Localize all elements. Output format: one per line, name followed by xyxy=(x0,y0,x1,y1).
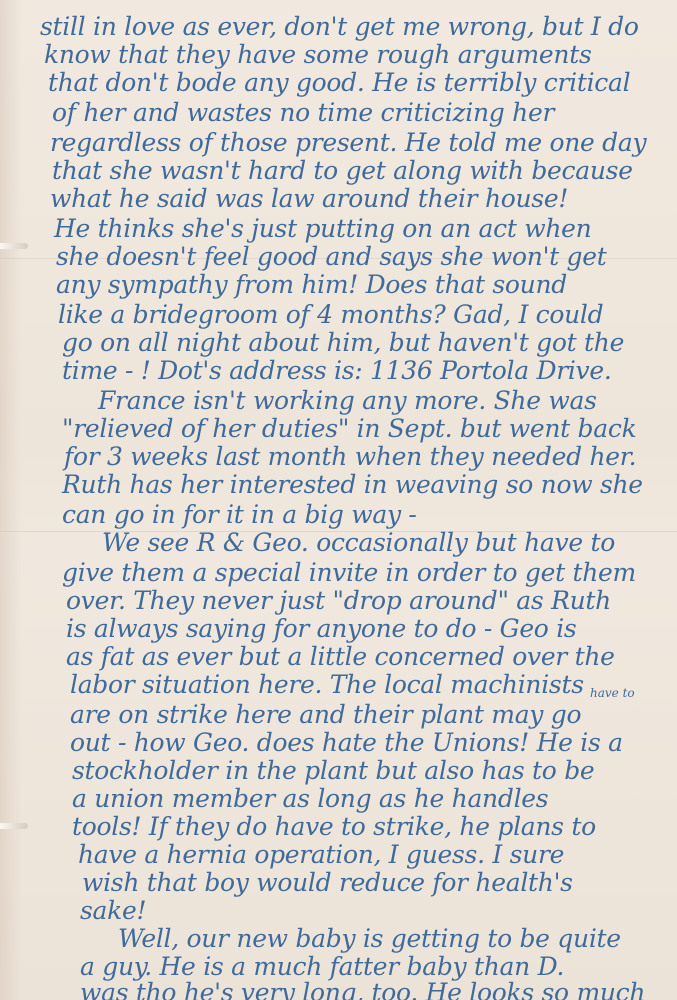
letter-line: go on all night about him, but haven't g… xyxy=(62,330,624,355)
letter-line: can go in for it in a big way - xyxy=(62,502,417,527)
letter-line: Ruth has her interested in weaving so no… xyxy=(62,472,643,497)
letter-line: give them a special invite in order to g… xyxy=(62,560,636,585)
letter-line: she doesn't feel good and says she won't… xyxy=(56,244,607,269)
letter-line: like a bridegroom of 4 months? Gad, I co… xyxy=(58,302,603,327)
letter-page: still in love as ever, don't get me wron… xyxy=(0,0,677,1000)
letter-line: of her and wastes no time criticizing he… xyxy=(52,100,554,125)
letter-line: stockholder in the plant but also has to… xyxy=(72,758,594,783)
letter-line: time - ! Dot's address is: 1136 Portola … xyxy=(62,358,612,383)
inserted-text: have to xyxy=(590,686,635,700)
letter-line: have a hernia operation, I guess. I sure xyxy=(78,842,564,867)
letter-line: was tho he's very long, too. He looks so… xyxy=(80,980,645,1000)
letter-line: is always saying for anyone to do - Geo … xyxy=(66,616,576,641)
letter-line: France isn't working any more. She was xyxy=(98,388,597,413)
letter-line: a guy. He is a much fatter baby than D. xyxy=(80,954,564,979)
letter-line: as fat as ever but a little concerned ov… xyxy=(66,644,615,669)
letter-line: a union member as long as he handles xyxy=(72,786,548,811)
letter-line: over. They never just "drop around" as R… xyxy=(66,588,611,613)
letter-line: out - how Geo. does hate the Unions! He … xyxy=(70,730,623,755)
letter-line: still in love as ever, don't get me wron… xyxy=(40,14,639,39)
letter-line: regardless of those present. He told me … xyxy=(50,130,646,155)
letter-line: He thinks she's just putting on an act w… xyxy=(54,216,591,241)
paper-tear xyxy=(0,243,28,249)
paper-tear xyxy=(0,823,28,829)
letter-line: are on strike here and their plant may g… xyxy=(70,702,581,727)
letter-line: tools! If they do have to strike, he pla… xyxy=(72,814,596,839)
letter-line: that don't bode any good. He is terribly… xyxy=(48,70,630,95)
letter-line: any sympathy from him! Does that sound xyxy=(56,272,567,297)
letter-line: what he said was law around their house! xyxy=(50,186,568,211)
letter-line: sake! xyxy=(80,898,146,923)
letter-line: labor situation here. The local machinis… xyxy=(70,672,584,697)
letter-line: "relieved of her duties" in Sept. but we… xyxy=(62,416,636,441)
letter-line: Well, our new baby is getting to be quit… xyxy=(118,926,621,951)
letter-line: wish that boy would reduce for health's xyxy=(82,870,573,895)
letter-line: know that they have some rough arguments xyxy=(44,42,592,67)
letter-line: for 3 weeks last month when they needed … xyxy=(64,444,636,469)
letter-line: that she wasn't hard to get along with b… xyxy=(52,158,633,183)
letter-line: We see R & Geo. occasionally but have to xyxy=(102,530,615,555)
